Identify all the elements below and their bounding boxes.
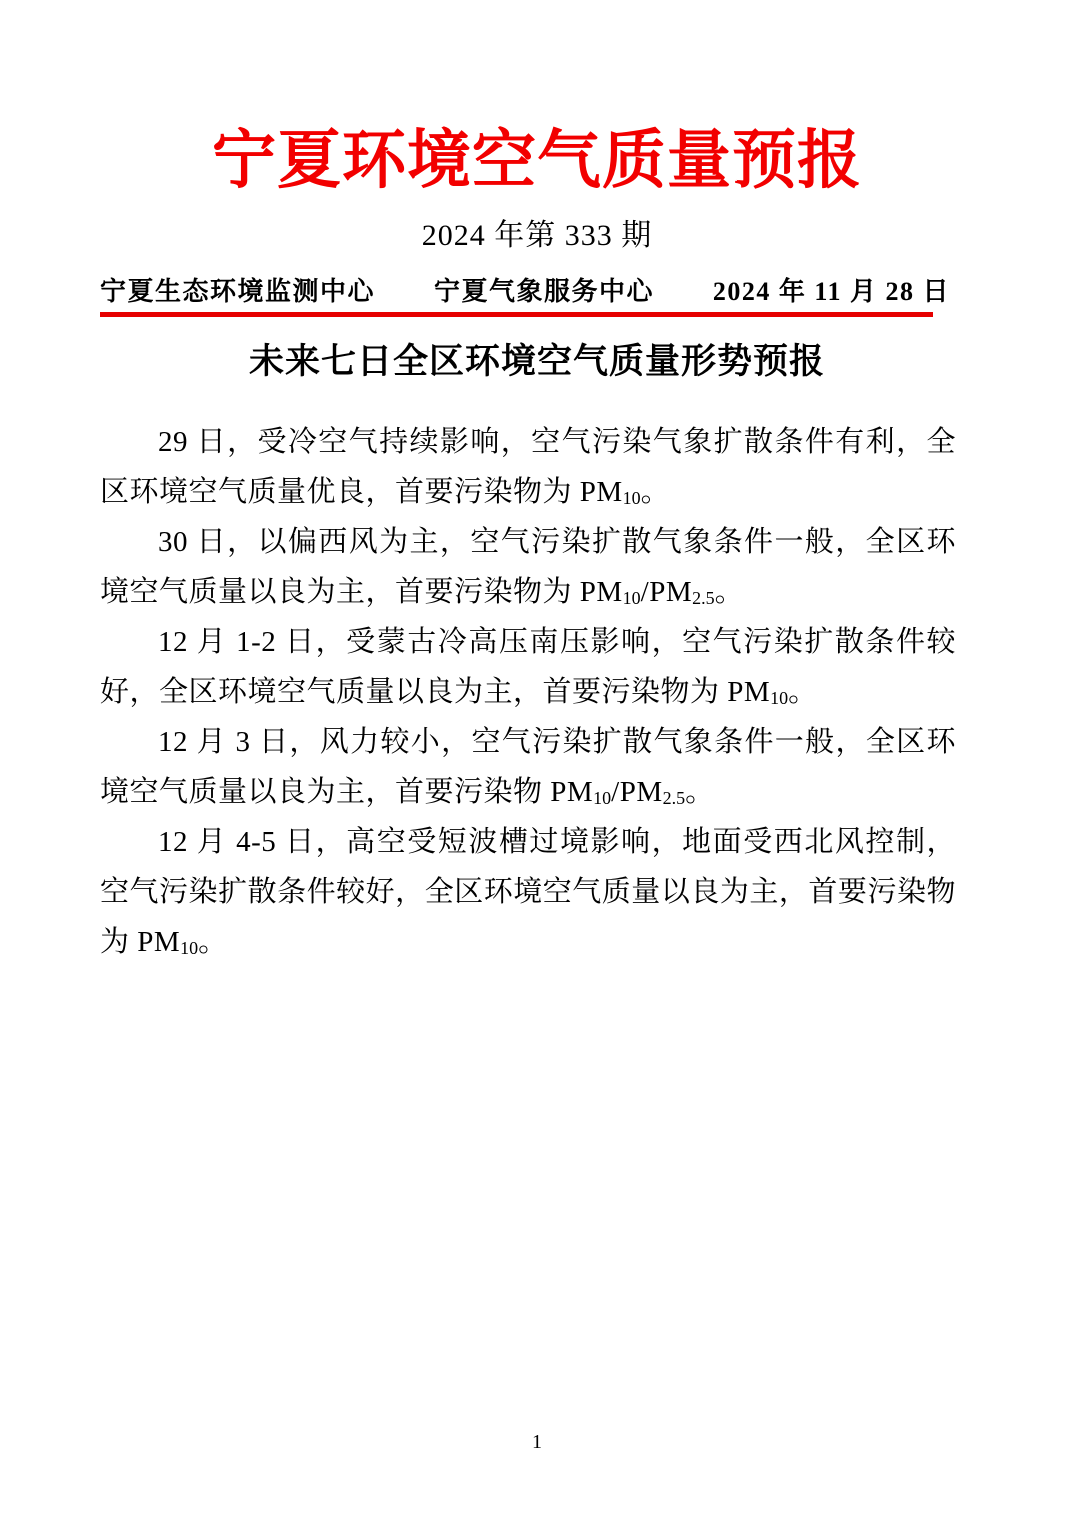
paragraph-text: /PM [641,576,692,608]
paragraph-text: 29 日，受冷空气持续影响，空气污染气象扩散条件有利，全区环境空气质量优良，首要… [100,426,956,508]
pm-subscript: 2.5 [663,788,685,808]
forecast-paragraph-dec4-5: 12 月 4-5 日，高空受短波槽过境影响，地面受西北风控制，空气污染扩散条件较… [100,817,956,967]
paragraph-text: 。 [788,676,818,708]
paragraph-text: 30 日，以偏西风为主，空气污染扩散气象条件一般，全区环境空气质量以良为主，首要… [100,526,956,608]
forecast-paragraph-day30: 30 日，以偏西风为主，空气污染扩散气象条件一般，全区环境空气质量以良为主，首要… [100,517,956,617]
org-name-left: 宁夏生态环境监测中心 [100,278,375,306]
pm-subscript: 10 [593,788,611,808]
paragraph-text: 12 月 3 日，风力较小，空气污染扩散气象条件一般，全区环境空气质量以良为主，… [100,726,956,808]
issue-number: 2024 年第 333 期 [0,218,1074,254]
pm-subscript: 10 [770,688,788,708]
org-name-middle: 宁夏气象服务中心 [434,278,654,306]
paragraph-text: 。 [685,776,715,808]
forecast-paragraph-dec1-2: 12 月 1-2 日，受蒙古冷高压南压影响，空气污染扩散条件较好，全区环境空气质… [100,617,956,717]
forecast-paragraph-dec3: 12 月 3 日，风力较小，空气污染扩散气象条件一般，全区环境空气质量以良为主，… [100,717,956,817]
masthead-row: 宁夏生态环境监测中心 宁夏气象服务中心 2024 年 11 月 28 日 [100,278,950,306]
section-heading: 未来七日全区环境空气质量形势预报 [0,341,1074,383]
document-title: 宁夏环境空气质量预报 [0,0,1074,204]
pm-subscript: 10 [180,938,198,958]
red-divider-rule [100,312,933,317]
pm-subscript: 10 [623,588,641,608]
pm-subscript: 10 [623,488,641,508]
page-number: 1 [0,1430,1074,1454]
paragraph-text: /PM [611,776,662,808]
issue-date: 2024 年 11 月 28 日 [713,278,950,306]
paragraph-text: 12 月 4-5 日，高空受短波槽过境影响，地面受西北风控制，空气污染扩散条件较… [100,826,956,958]
pm-subscript: 2.5 [692,588,714,608]
paragraph-text: 。 [715,576,745,608]
forecast-body: 29 日，受冷空气持续影响，空气污染气象扩散条件有利，全区环境空气质量优良，首要… [100,417,956,967]
document-page: 宁夏环境空气质量预报 2024 年第 333 期 宁夏生态环境监测中心 宁夏气象… [0,0,1074,1520]
forecast-paragraph-day29: 29 日，受冷空气持续影响，空气污染气象扩散条件有利，全区环境空气质量优良，首要… [100,417,956,517]
paragraph-text: 12 月 1-2 日，受蒙古冷高压南压影响，空气污染扩散条件较好，全区环境空气质… [100,626,956,708]
paragraph-text: 。 [198,926,228,958]
paragraph-text: 。 [641,476,671,508]
